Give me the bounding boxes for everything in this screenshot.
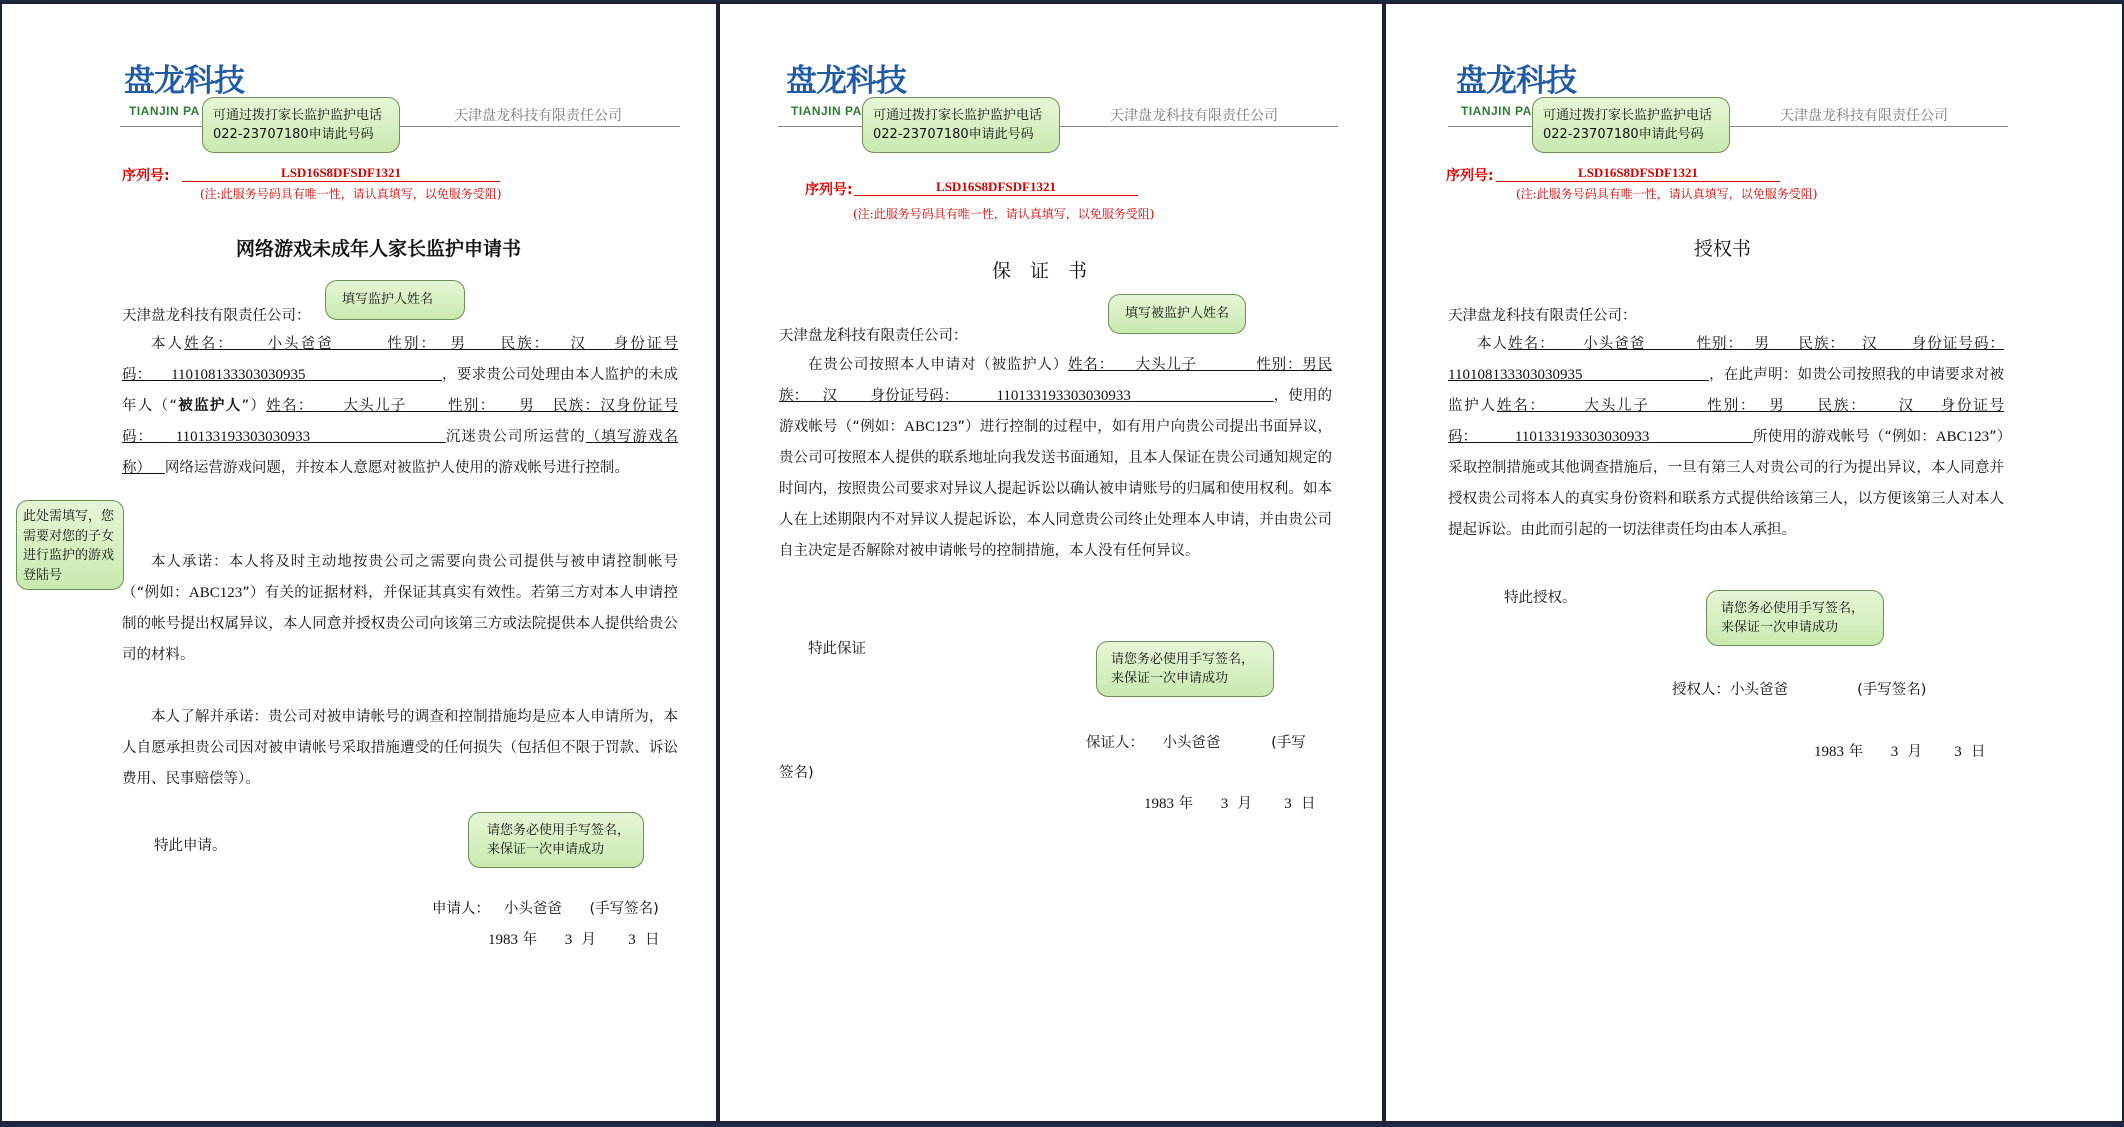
guardian-id-field[interactable]: 110108133303030935 [1448,367,1582,383]
callout-text: 此处需填写，您需要对您的子女进行监护的游戏登陆号 [23,507,117,585]
guardian-ethnicity-field[interactable]: 汉 [1862,336,1878,352]
example-account: ABC123 [904,419,957,435]
signer-name-field[interactable]: 小头爸爸 [504,901,562,917]
application-paragraph-2: 本人承诺：本人将及时主动地按贵公司之需要向贵公司提供与被申请控制帐号（“例如：A… [122,547,678,671]
serial-number-note: (注:此服务号码具有唯一性，请认真填写，以免服务受阻) [200,185,501,202]
serial-number-note: (注:此服务号码具有唯一性，请认真填写，以免服务受阻) [1516,185,1817,202]
callout-text: 请您务必使用手写签名， [1107,650,1263,669]
example-account: ABC123 [189,585,242,601]
date-day-field[interactable]: 3 [1954,744,1962,760]
company-logo-subtitle: TIANJIN PA [129,104,200,118]
date-month-field[interactable]: 3 [1221,796,1229,812]
callout-text: 可通过拨打家长监护监护电话 [1543,106,1719,125]
salutation: 天津盘龙科技有限责任公司： [779,324,968,345]
company-header-name: 天津盘龙科技有限责任公司 [454,105,622,125]
date-year-field[interactable]: 1983 [1144,796,1174,812]
serial-number-field[interactable]: LSD16S8DFSDF1321 [854,179,1138,196]
salutation: 天津盘龙科技有限责任公司： [1448,304,1637,325]
company-logo-subtitle: TIANJIN PA [1461,104,1532,118]
callout-text: 来保证一次申请成功 [1107,669,1263,688]
signature-hint-callout: 请您务必使用手写签名， 来保证一次申请成功 [1706,590,1884,646]
document-page-application: 盘龙科技 TIANJIN PA 天津盘龙科技有限责任公司 可通过拨打家长监护监护… [0,2,718,1123]
ward-name-hint-callout: 填写被监护人姓名 [1108,294,1246,334]
authorization-paragraph: 本人姓名： 小头爸爸 性别： 男 民族： 汉 身份证号码：11010813330… [1448,329,2004,546]
company-logo: 盘龙科技 [124,64,244,98]
callout-text: 022-23707180申请此号码 [1543,125,1719,144]
company-header-name: 天津盘龙科技有限责任公司 [1110,105,1278,125]
salutation: 天津盘龙科技有限责任公司： [122,304,311,325]
serial-number-label: 序列号: [1446,165,1494,185]
ward-gender-field[interactable]: 男 [1769,398,1785,414]
closing-text: 特此授权。 [1504,586,1577,607]
ward-gender-field[interactable]: 男 [519,398,535,414]
date-day-field[interactable]: 3 [628,932,636,948]
example-account: ABC123 [1936,429,1989,445]
signer-line: 授权人：小头爸爸 (手写签名) [1672,678,1926,699]
ward-id-field[interactable]: 110133193303030933 [1515,429,1649,445]
date-month-field[interactable]: 3 [565,932,573,948]
signer-name-field[interactable]: 小头爸爸 [1162,735,1220,751]
guardian-id-field[interactable]: 110108133303030935 [171,367,305,383]
callout-text: 可通过拨打家长监护监护电话 [213,106,389,125]
date-day-field[interactable]: 3 [1284,796,1292,812]
company-logo: 盘龙科技 [786,64,906,98]
ward-id-field[interactable]: 110133193303030933 [176,429,310,445]
ward-gender-field[interactable]: 男 [1302,357,1317,373]
application-paragraph-1: 本人姓名： 小头爸爸 性别： 男 民族： 汉 身份证号码： 1101081333… [122,329,678,484]
ward-name-field[interactable]: 大头儿子 [1584,398,1649,414]
callout-text: 022-23707180申请此号码 [873,125,1049,144]
callout-text: 来保证一次申请成功 [479,840,633,859]
signer-line: 申请人： 小头爸爸 (手写签名) [432,897,659,918]
document-title: 保 证 书 [992,256,1087,283]
date-line: 1983 年 3 月 3 日 [1814,740,1985,761]
date-year-field[interactable]: 1983 [1814,744,1844,760]
callout-text: 填写监护人姓名 [336,290,454,309]
signer-name-field[interactable]: 小头爸爸 [1730,682,1788,698]
callout-text: 022-23707180申请此号码 [213,125,389,144]
phone-hint-callout: 可通过拨打家长监护监护电话 022-23707180申请此号码 [202,97,400,153]
ward-ethnicity-field[interactable]: 汉 [1899,398,1915,414]
serial-number-note: (注:此服务号码具有唯一性，请认真填写，以免服务受阻) [853,205,1154,222]
application-paragraph-3: 本人了解并承诺：贵公司对被申请帐号的调查和控制措施均是应本人申请所为，本人自愿承… [122,702,678,795]
guarantee-paragraph: 在贵公司按照本人申请对（被监护人）姓名： 大头儿子 性别：男民族： 汉 身份证号… [779,350,1332,567]
serial-number-label: 序列号: [122,165,170,185]
guardian-name-field[interactable]: 小头爸爸 [1583,336,1645,352]
signature-hint-callout: 请您务必使用手写签名， 来保证一次申请成功 [1096,641,1274,697]
date-month-field[interactable]: 3 [1891,744,1899,760]
signature-hint-callout: 请您务必使用手写签名， 来保证一次申请成功 [468,812,644,868]
serial-number-label: 序列号: [805,179,853,199]
signer-note-wrap: 签名) [779,761,814,782]
document-title: 授权书 [1694,234,1751,261]
ward-name-field[interactable]: 大头儿子 [343,398,406,414]
callout-text: 可通过拨打家长监护监护电话 [873,106,1049,125]
ward-name-field[interactable]: 大头儿子 [1136,357,1197,373]
ward-ethnicity-field[interactable]: 汉 [600,398,616,414]
guardian-gender-field[interactable]: 男 [1755,336,1771,352]
guardian-name-hint-callout: 填写监护人姓名 [325,280,465,320]
guardian-name-field[interactable]: 小头爸爸 [267,336,333,352]
guardian-gender-field[interactable]: 男 [451,336,468,352]
ward-id-field[interactable]: 110133193303030933 [996,388,1130,404]
document-page-authorization: 盘龙科技 TIANJIN PA 天津盘龙科技有限责任公司 可通过拨打家长监护监护… [1384,2,2124,1123]
document-title: 网络游戏未成年人家长监护申请书 [236,234,521,261]
company-logo-subtitle: TIANJIN PA [791,104,862,118]
signer-line: 保证人： 小头爸爸 (手写 [1086,731,1306,752]
phone-hint-callout: 可通过拨打家长监护监护电话 022-23707180申请此号码 [1532,97,1730,153]
callout-text: 来保证一次申请成功 [1717,618,1873,637]
ward-ethnicity-field[interactable]: 汉 [823,388,838,404]
callout-text: 请您务必使用手写签名， [1717,599,1873,618]
serial-number-field[interactable]: LSD16S8DFSDF1321 [182,165,500,182]
callout-text: 请您务必使用手写签名， [479,821,633,840]
guardian-ethnicity-field[interactable]: 汉 [570,336,587,352]
date-line: 1983 年 3 月 3 日 [1144,792,1315,813]
company-header-name: 天津盘龙科技有限责任公司 [1780,105,1948,125]
phone-hint-callout: 可通过拨打家长监护监护电话 022-23707180申请此号码 [862,97,1060,153]
account-hint-callout: 此处需填写，您需要对您的子女进行监护的游戏登陆号 [16,500,124,590]
closing-text: 特此保证 [808,637,866,658]
date-line: 1983 年 3 月 3 日 [488,928,659,949]
callout-text: 填写被监护人姓名 [1119,304,1235,323]
document-page-guarantee: 盘龙科技 TIANJIN PA 天津盘龙科技有限责任公司 可通过拨打家长监护监护… [718,2,1384,1123]
company-logo: 盘龙科技 [1456,64,1576,98]
date-year-field[interactable]: 1983 [488,932,518,948]
closing-text: 特此申请。 [154,834,227,855]
serial-number-field[interactable]: LSD16S8DFSDF1321 [1496,165,1780,182]
